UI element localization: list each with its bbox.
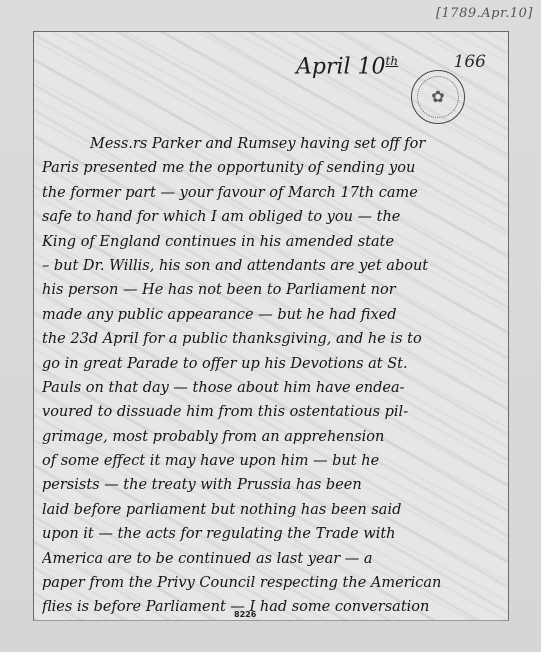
letter-page: April 10th 166 ✿ Mess.rs Parker and Rums… [33,31,509,621]
letter-line: upon it — the acts for regulating the Tr… [42,522,494,546]
letter-line: – but Dr. Willis, his son and attendants… [42,254,494,278]
letter-line: laid before parliament but nothing has b… [42,498,494,522]
letter-line: the 23d April for a public thanksgiving,… [42,327,494,351]
letter-line: the former part — your favour of March 1… [42,181,494,205]
letter-line: Pauls on that day — those about him have… [42,376,494,400]
letter-line: made any public appearance — but he had … [42,303,494,327]
letter-line: flies is before Parliament — I had some … [42,595,494,619]
letter-date-text: April 10 [296,54,386,79]
letter-line: his person — He has not been to Parliame… [42,278,494,302]
catalog-date-note: [1789.Apr.10] [436,6,533,21]
letter-date-suffix: th [386,54,399,68]
stamp-inner-ring: ✿ [417,76,459,118]
archive-item-number: 8226 [234,610,256,619]
letter-line: voured to dissuade him from this ostenta… [42,400,494,424]
letter-line: safe to hand for which I am obliged to y… [42,205,494,229]
letter-line: Paris presented me the opportunity of se… [42,156,494,180]
letter-date: April 10th [296,54,398,79]
letter-line: persists — the treaty with Prussia has b… [42,473,494,497]
letter-line: paper from the Privy Council respecting … [42,571,494,595]
letter-line: of some effect it may have upon him — bu… [42,449,494,473]
library-stamp-icon: ✿ [411,70,465,124]
letter-line: America are to be continued as last year… [42,547,494,571]
folio-number: 166 [454,52,486,72]
letter-body: Mess.rs Parker and Rumsey having set off… [42,132,494,621]
letter-line: go in great Parade to offer up his Devot… [42,352,494,376]
letter-line: grimage, most probably from an apprehens… [42,425,494,449]
letter-line: King of England continues in his amended… [42,230,494,254]
eagle-seal-icon: ✿ [431,89,444,105]
letter-line: Mess.rs Parker and Rumsey having set off… [42,132,494,156]
letter-line: with Sir Joseph Banks upon the subject a… [42,620,494,621]
